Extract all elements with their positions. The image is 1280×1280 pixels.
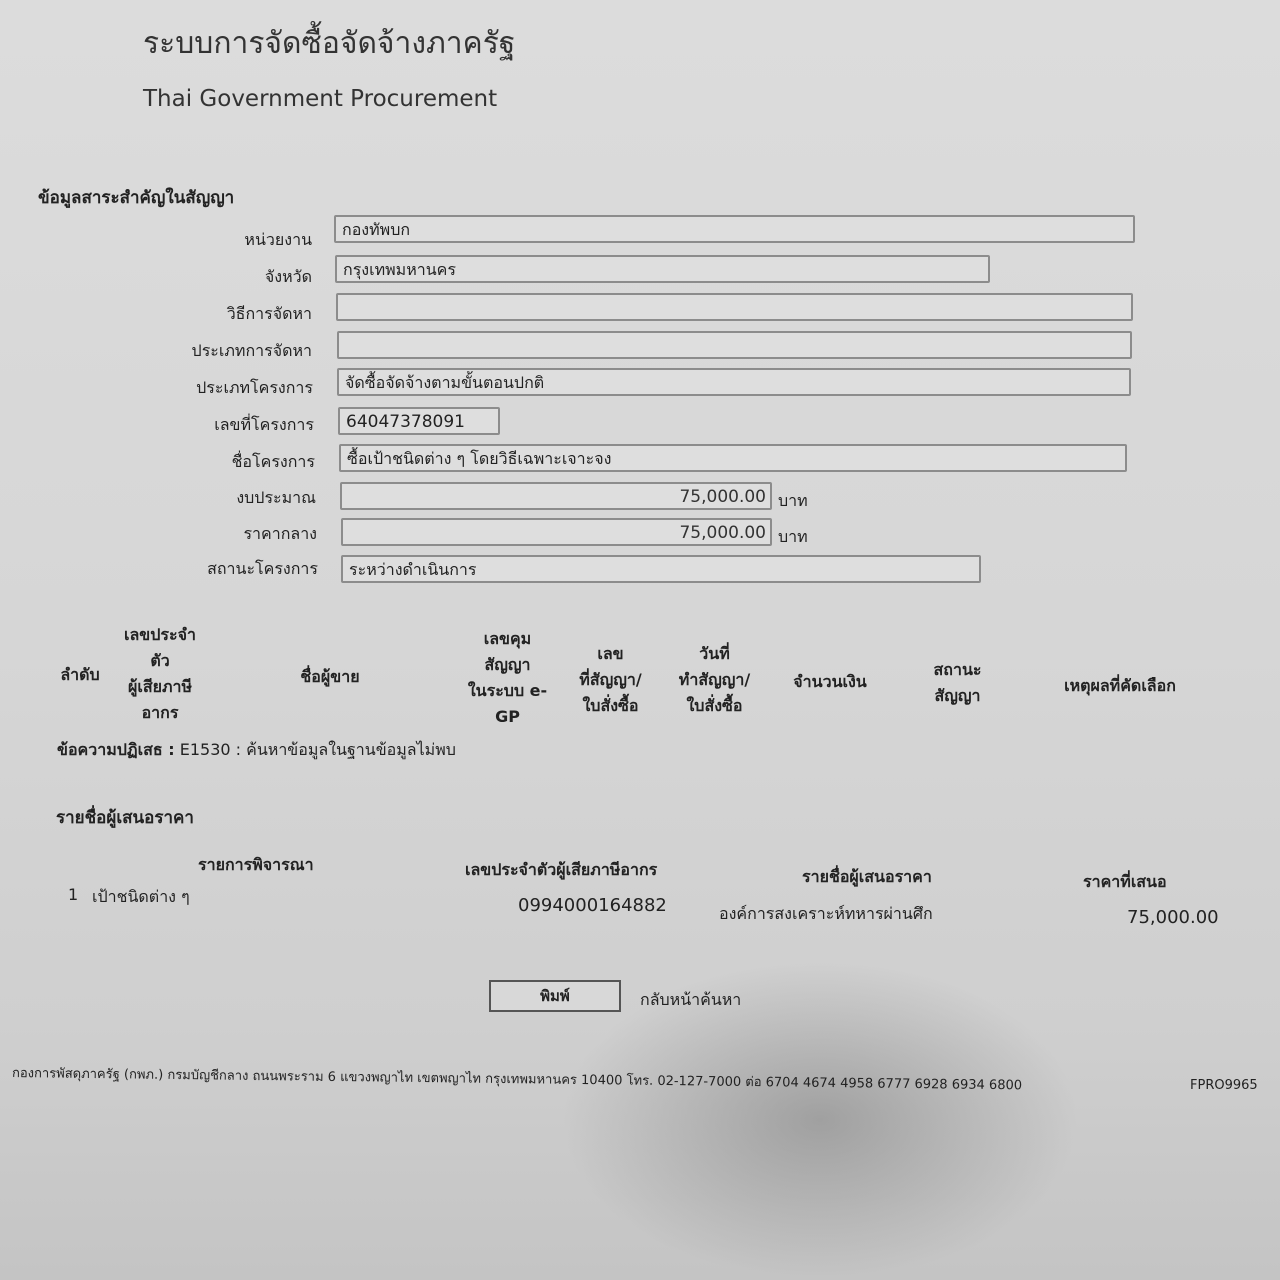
back-to-search-link[interactable]: กลับหน้าค้นหา <box>640 988 741 1013</box>
budget-field[interactable]: 75,000.00 <box>340 482 772 510</box>
bid-row-price: 75,000.00 <box>1127 907 1219 928</box>
photo-shadow <box>560 960 1080 1280</box>
province-field[interactable]: กรุงเทพมหานคร <box>335 255 990 283</box>
method-field[interactable] <box>336 293 1133 321</box>
site-title-english: Thai Government Procurement <box>143 86 497 112</box>
bid-header-price: ราคาที่เสนอ <box>1083 870 1167 895</box>
header-line: ที่สัญญา/ <box>563 667 658 693</box>
province-label: จังหวัด <box>112 265 312 290</box>
agency-label: หน่วยงาน <box>112 228 312 253</box>
site-title-thai: ระบบการจัดซื้อจัดจ้างภาครัฐ <box>143 20 515 67</box>
header-line: ใบสั่งซื้อ <box>563 693 658 719</box>
col-header-contract-no: เลข ที่สัญญา/ ใบสั่งซื้อ <box>563 641 658 719</box>
col-header-reason: เหตุผลที่คัดเลือก <box>1035 673 1205 699</box>
median-price-field[interactable]: 75,000.00 <box>341 518 772 546</box>
project-name-field[interactable]: ซื้อเป้าชนิดต่าง ๆ โดยวิธีเฉพาะเจาะจง <box>339 444 1127 472</box>
error-message: ข้อความปฏิเสธ : E1530 : ค้นหาข้อมูลในฐาน… <box>57 738 456 763</box>
contract-info-heading: ข้อมูลสาระสำคัญในสัญญา <box>38 184 234 211</box>
header-line: ใบสั่งซื้อ <box>662 693 767 719</box>
col-header-amount: จำนวนเงิน <box>775 669 885 695</box>
bid-header-tax-id: เลขประจำตัวผู้เสียภาษีอากร <box>465 858 657 883</box>
bidders-heading: รายชื่อผู้เสนอราคา <box>56 804 194 831</box>
error-label: ข้อความปฏิเสธ : <box>57 740 175 759</box>
header-line: สัญญา <box>905 683 1010 709</box>
header-line: GP <box>455 704 560 730</box>
header-line: อากร <box>105 700 215 726</box>
col-header-contract-date: วันที่ ทำสัญญา/ ใบสั่งซื้อ <box>662 641 767 719</box>
col-header-seller: ชื่อผู้ขาย <box>270 664 390 690</box>
header-line: เลขประจำ <box>105 622 215 648</box>
header-line: เลขคุม <box>455 626 560 652</box>
project-no-label: เลขที่โครงการ <box>114 413 314 438</box>
median-price-label: ราคากลาง <box>117 522 317 547</box>
print-button[interactable]: พิมพ์ <box>489 980 621 1012</box>
bid-header-item: รายการพิจารณา <box>198 853 314 878</box>
project-no-field[interactable]: 64047378091 <box>338 407 500 435</box>
procurement-type-field[interactable] <box>337 331 1132 359</box>
col-header-tax-id: เลขประจำ ตัว ผู้เสียภาษี อากร <box>105 622 215 726</box>
bid-row-item: เป้าชนิดต่าง ๆ <box>92 885 190 910</box>
method-label: วิธีการจัดหา <box>112 302 312 327</box>
error-text: E1530 : ค้นหาข้อมูลในฐานข้อมูลไม่พบ <box>180 740 456 759</box>
bid-row-tax-id: 0994000164882 <box>518 895 667 916</box>
header-line: ในระบบ e- <box>455 678 560 704</box>
header-line: ผู้เสียภาษี <box>105 674 215 700</box>
agency-field[interactable]: กองทัพบก <box>334 215 1135 243</box>
header-line: ตัว <box>105 648 215 674</box>
header-line: เลข <box>563 641 658 667</box>
header-line: สถานะ <box>905 657 1010 683</box>
bid-header-bidder: รายชื่อผู้เสนอราคา <box>802 865 932 890</box>
project-type-field[interactable]: จัดซื้อจัดจ้างตามขั้นตอนปกติ <box>337 368 1131 396</box>
procurement-type-label: ประเภทการจัดหา <box>112 339 312 364</box>
col-header-control-no: เลขคุม สัญญา ในระบบ e- GP <box>455 626 560 730</box>
bid-row-bidder: องค์การสงเคราะห์ทหารผ่านศึก <box>719 902 933 927</box>
project-type-label: ประเภทโครงการ <box>113 376 313 401</box>
budget-unit: บาท <box>778 489 808 514</box>
median-price-unit: บาท <box>778 525 808 550</box>
col-header-no: ลำดับ <box>50 662 110 688</box>
bid-row-no: 1 <box>68 885 78 904</box>
header-line: สัญญา <box>455 652 560 678</box>
header-line: ทำสัญญา/ <box>662 667 767 693</box>
footer-code: FPRO9965 <box>1190 1078 1258 1093</box>
project-name-label: ชื่อโครงการ <box>115 450 315 475</box>
footer-address: กองการพัสดุภาครัฐ (กพภ.) กรมบัญชีกลาง ถน… <box>12 1062 1022 1095</box>
budget-label: งบประมาณ <box>116 486 316 511</box>
col-header-status: สถานะ สัญญา <box>905 657 1010 709</box>
project-status-label: สถานะโครงการ <box>118 557 318 582</box>
project-status-field[interactable]: ระหว่างดำเนินการ <box>341 555 981 583</box>
header-line: วันที่ <box>662 641 767 667</box>
